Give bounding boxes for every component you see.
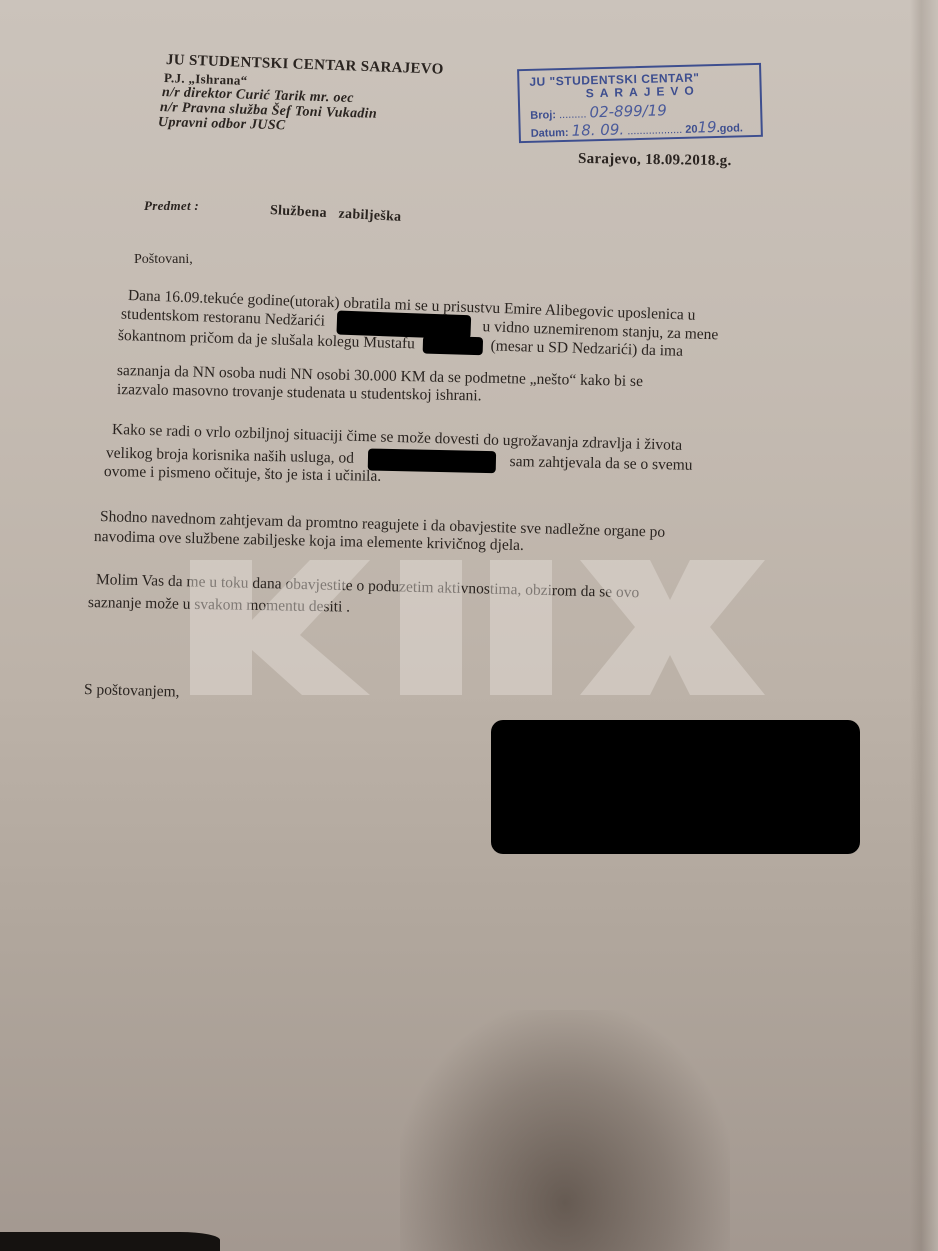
registry-stamp: JU "STUDENTSKI CENTAR" SARAJEVO Broj: ..… (517, 63, 763, 143)
stamp-date-label: Datum: (531, 127, 569, 140)
subject-value: Službena zabilješka (270, 203, 402, 226)
redaction-block (368, 448, 496, 473)
background-edge (0, 1232, 220, 1251)
redaction-block (423, 336, 483, 356)
paragraph-line: ovome i pismeno očituje, što je ista i u… (104, 462, 382, 486)
signature-redaction (491, 720, 860, 854)
closing: S poštovanjem, (84, 680, 180, 701)
stamp-date-value: 18. 09. (571, 120, 624, 139)
stamp-year-suffix: .god. (716, 122, 743, 135)
line-text: sam zahtjevala da se o svemu (509, 453, 692, 474)
stamp-number-label: Broj: (530, 109, 556, 122)
place-date: Sarajevo, 18.09.2018.g. (578, 151, 732, 170)
page-edge (910, 0, 938, 1251)
hand-shadow (400, 1010, 730, 1251)
stamp-year-value: 19 (697, 118, 717, 136)
subject-label: Predmet : (144, 198, 199, 214)
line-text: (mesar u SD Nedzarići) da ima (490, 337, 683, 359)
header-board: Upravni odbor JUSC (158, 115, 286, 134)
greeting: Poštovani, (134, 250, 193, 269)
stamp-year-prefix: 20 (685, 124, 698, 136)
paragraph-line: saznanje može u svakom momentu desiti . (88, 593, 350, 617)
stamp-number-value: 02-899/19 (589, 101, 667, 121)
stamp-city: SARAJEVO (586, 83, 700, 100)
